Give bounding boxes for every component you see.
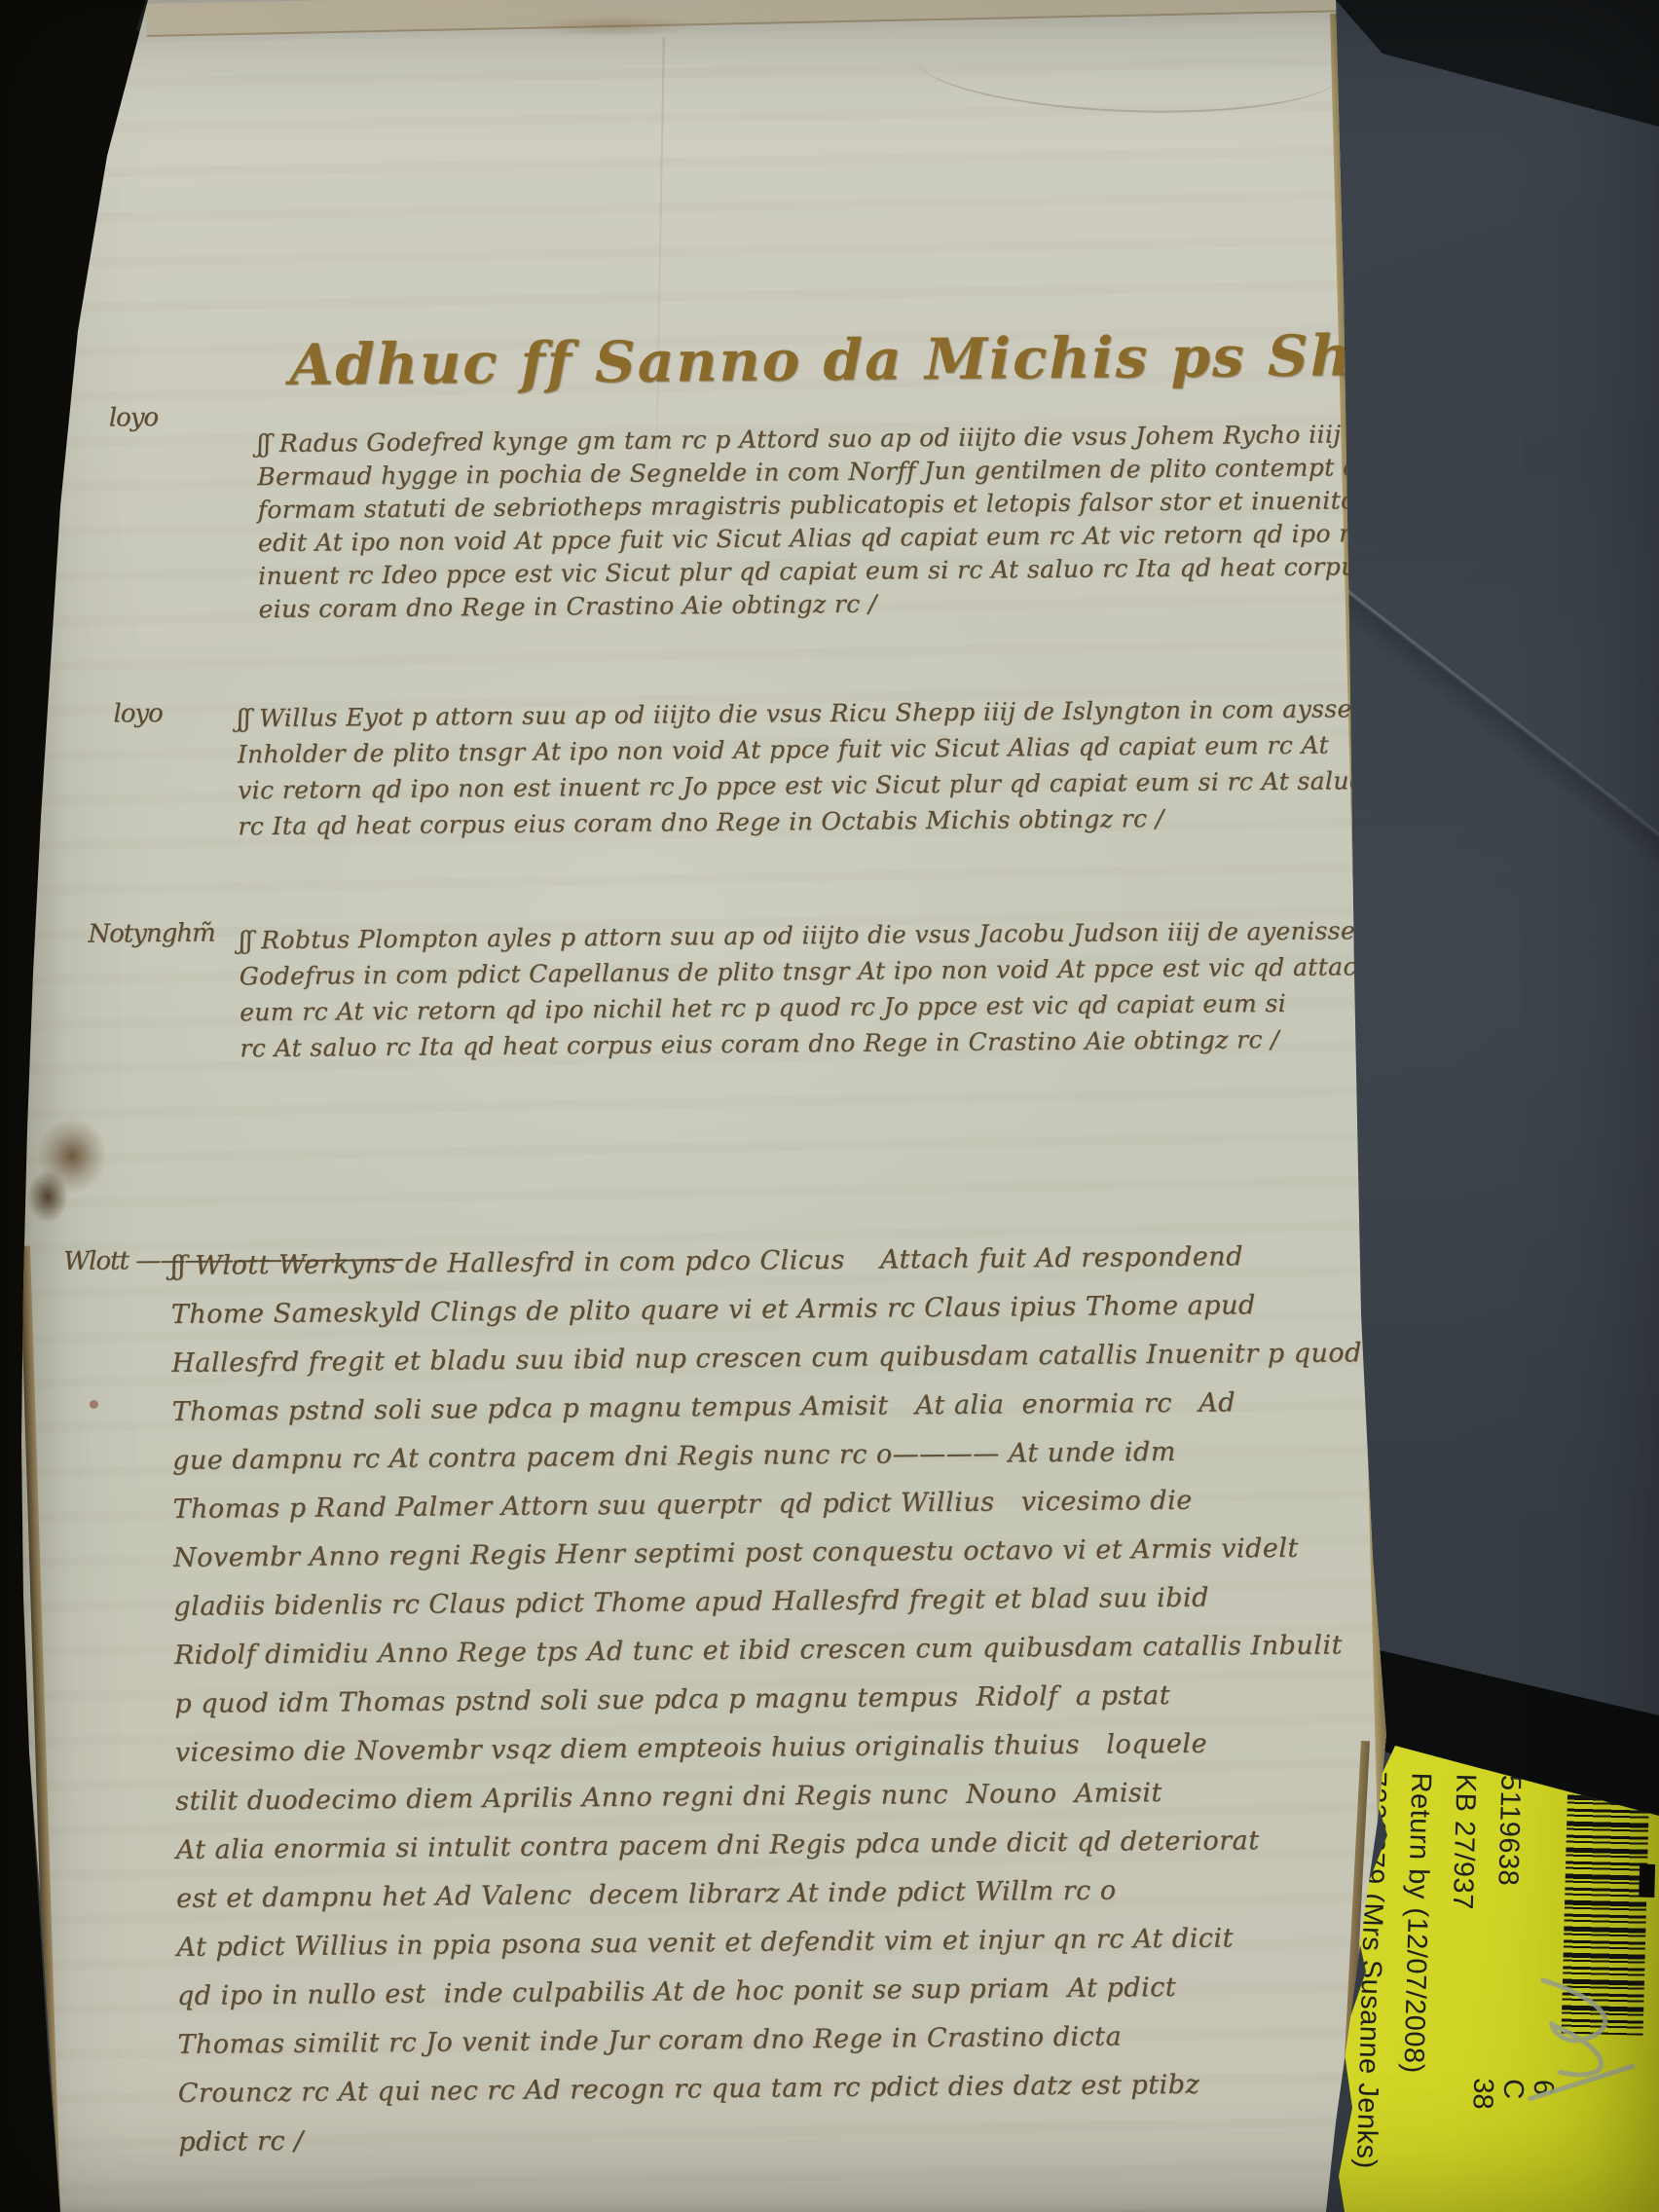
term-heading: Adhuc ff Sanno da Michis ps Shemichyls (289, 322, 1410, 400)
plea-entry: ʃʃ Willus Eyot p attorn suu ap od iiijto… (237, 690, 1369, 844)
pencil-scribble-icon (1522, 1963, 1652, 2121)
label-cut-off-print-mark (1639, 1864, 1655, 1898)
margin-note-county: loyo (109, 403, 159, 432)
plea-entry: ʃʃ Radus Godefred kynge gm tam rc p Atto… (257, 417, 1523, 626)
margin-note-county: Notynghm̃ (88, 919, 215, 949)
photo-of-manuscript: 5119638 KB 27/937 Return by (12/07/2008)… (0, 0, 1659, 2212)
plea-entry: ʃʃ Wlott Werkyns de Hallesfrd in com pdc… (170, 1232, 1429, 2167)
label-seat-mark: 38 (1466, 2078, 1497, 2110)
margin-note-county: loyo (113, 699, 163, 728)
plea-entry: ʃʃ Robtus Plompton ayles p attorn suu ap… (239, 912, 1398, 1066)
